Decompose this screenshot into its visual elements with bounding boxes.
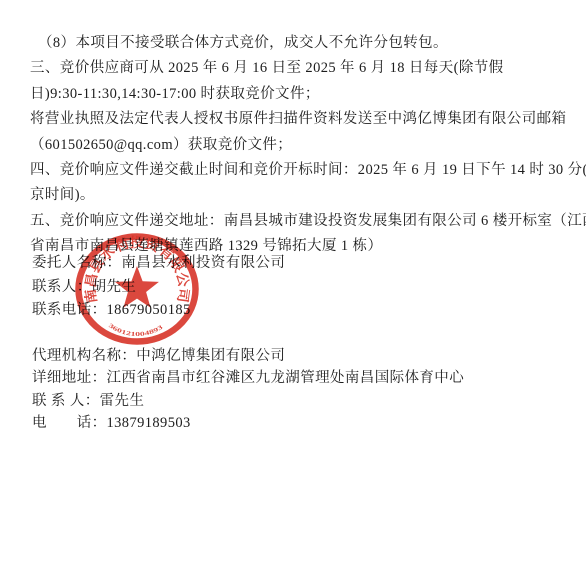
doc-line: 日)9:30-11:30,14:30-17:00 时获取竞价文件； [30,82,570,107]
doc-line: 将营业执照及法定代表人授权书原件扫描件资料发送至中鸿亿博集团有限公司邮箱 [30,107,570,132]
client-phone-line: 联系电话：18679050185 [32,299,285,323]
doc-line: （8）本项目不接受联合体方式竞价，成交人不允许分包转包。 [30,31,570,56]
doc-line: 三、竞价供应商可从 2025 年 6 月 16 日至 2025 年 6 月 18… [30,56,570,81]
agent-address-line: 详细地址：江西省南昌市红谷滩区九龙湖管理处南昌国际体育中心 [32,367,464,389]
doc-line: （601502650@qq.com）获取竞价文件； [30,133,570,158]
agent-contact-line: 联 系 人：雷先生 [32,390,464,412]
body-text-section: （8）本项目不接受联合体方式竞价，成交人不允许分包转包。 三、竞价供应商可从 2… [30,31,570,260]
agent-info-section: 代理机构名称：中鸿亿博集团有限公司 详细地址：江西省南昌市红谷滩区九龙湖管理处南… [32,345,464,435]
doc-line: 京时间)。 [30,183,570,208]
client-name-line: 委托人名称：南昌县水利投资有限公司 [32,252,285,276]
doc-line: 五、竞价响应文件递交地址：南昌县城市建设投资发展集团有限公司 6 楼开标室（江西 [30,209,570,234]
client-info-section: 委托人名称：南昌县水利投资有限公司 联系人：胡先生 联系电话：186790501… [32,252,285,323]
client-contact-line: 联系人：胡先生 [32,276,285,300]
agent-name-line: 代理机构名称：中鸿亿博集团有限公司 [32,345,464,367]
doc-line: 四、竞价响应文件递交截止时间和竞价开标时间：2025 年 6 月 19 日下午 … [30,158,570,183]
document-page: （8）本项目不接受联合体方式竞价，成交人不允许分包转包。 三、竞价供应商可从 2… [0,0,586,583]
seal-code-text: 360121004893 [107,323,164,338]
agent-phone-line: 电 话：13879189503 [32,412,464,434]
